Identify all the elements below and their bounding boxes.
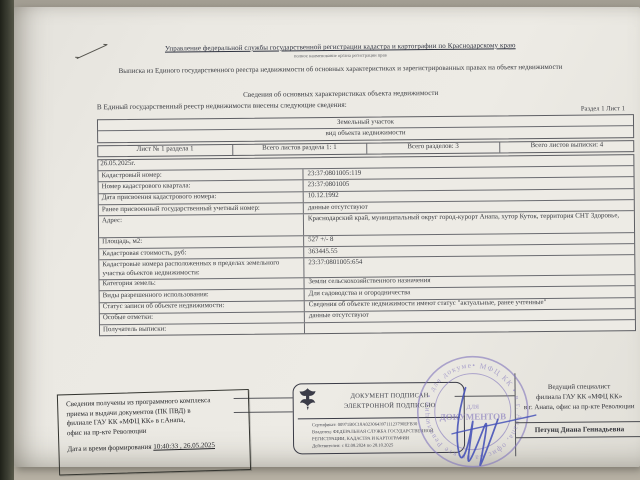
cadastral-table: Земельный участок вид объекта недвижимос… (97, 114, 636, 337)
row-label: Кадастровая стоимость, руб: (99, 247, 304, 259)
row-label: Кадастровые номера расположенных в преде… (99, 259, 304, 279)
row-label: Особые отметки: (100, 312, 305, 324)
row-label: Адрес: (99, 215, 304, 237)
row-label: Получатель выписки: (100, 323, 305, 335)
section-title: Сведения об основных характеристиках объ… (53, 87, 629, 101)
row-value: Краснодарский край, муниципальный округ … (304, 211, 634, 235)
mfc-intake-stamp: Сведения получены из программного компле… (57, 389, 251, 475)
document-content: Управление федеральной службы государств… (12, 4, 640, 470)
row-label: Виды разрешенного использования: (100, 290, 305, 302)
row-value (305, 320, 635, 333)
row-label: Статус записи об объекте недвижимости: (100, 301, 305, 313)
datetime-label: Дата и время формирования (67, 442, 151, 452)
row-label: Кадастровый номер: (98, 169, 303, 181)
sheet-info-cell: Всего листов выписки: 4 (499, 141, 633, 153)
row-label: Дата присвоения кадастрового номера: (99, 192, 304, 204)
sheet-info-cell: Всего разделов: 3 (366, 142, 500, 154)
row-label: Площадь, м2: (99, 236, 304, 248)
formation-datetime: Дата и время формирования 10:40:33 , 26.… (67, 440, 245, 455)
row-value: 23:37:0801005:654 (304, 256, 634, 278)
signer-name: Петунц Диана Геннадьевна (516, 421, 640, 439)
sheet-info-cell: Лист № 1 раздела 1 (98, 145, 232, 157)
sheet-info-cell: Всего листов раздела 1: 1 (232, 143, 366, 155)
row-label: Категория земель: (100, 278, 305, 290)
paper-sheet: Управление федеральной службы государств… (14, 7, 640, 467)
row-label: Ранее присвоенный государственный учетны… (99, 203, 304, 215)
intro-text: В Единый государственный реестр недвижим… (97, 101, 347, 111)
signer-block: Ведущий специалист филиала ГАУ КК «МФЦ К… (516, 382, 640, 439)
row-label: Номер кадастрового квартала: (99, 181, 304, 193)
section-page-label: Раздел 1 Лист 1 (581, 105, 625, 112)
document-photo: Управление федеральной службы государств… (0, 0, 640, 480)
document-title: Выписка из Единого государственного реес… (52, 62, 628, 76)
datetime-value: 10:40:33 , 26.05.2025 (153, 441, 215, 451)
rosreestr-emblem-icon (298, 387, 320, 416)
attributes-block: 26.05.2025г. Кадастровый номер:23:37:080… (97, 154, 636, 337)
signer-position: в г. Анапа, офис на пр-кте Революции (516, 402, 640, 413)
